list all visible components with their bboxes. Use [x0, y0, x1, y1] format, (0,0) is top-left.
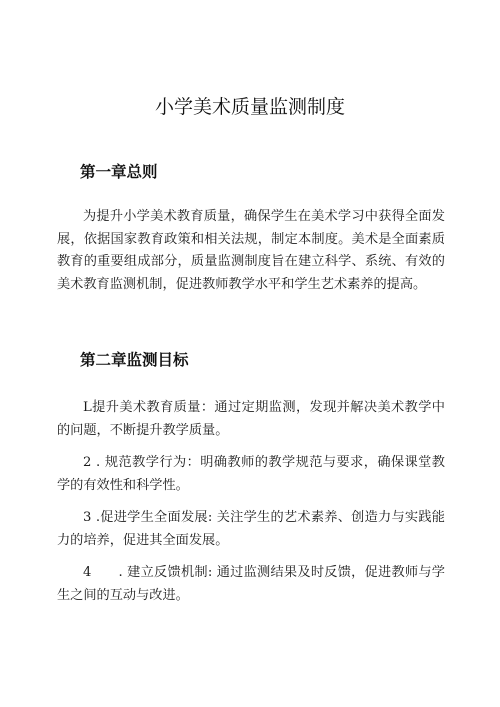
goal-item-2: 2 . 规范教学行为：明确教师的教学规范与要求，确保课堂教学的有效性和科学性。 [57, 452, 445, 497]
chapter-1-paragraph-1: 为提升小学美术教育质量，确保学生在美术学习中获得全面发展，依据国家教育政策和相关… [57, 206, 445, 296]
document-page: 小学美术质量监测制度 第一章总则 为提升小学美术教育质量，确保学生在美术学习中获… [0, 0, 500, 707]
goal-item-4: 4 . 建立反馈机制: 通过监测结果及时反馈，促进教师与学生之间的互动与改进。 [57, 562, 445, 607]
document-title: 小学美术质量监测制度 [0, 92, 500, 119]
goal-item-1: L提升美术教育质量：通过定期监测，发现并解决美术教学中的问题，不断提升教学质量。 [57, 397, 445, 442]
chapter-heading-1: 第一章总则 [80, 160, 158, 182]
chapter-heading-2: 第二章监测目标 [80, 348, 189, 370]
goal-item-3: 3 .促进学生全面发展: 关注学生的艺术素养、创造力与实践能力的培养，促进其全面… [57, 507, 445, 552]
